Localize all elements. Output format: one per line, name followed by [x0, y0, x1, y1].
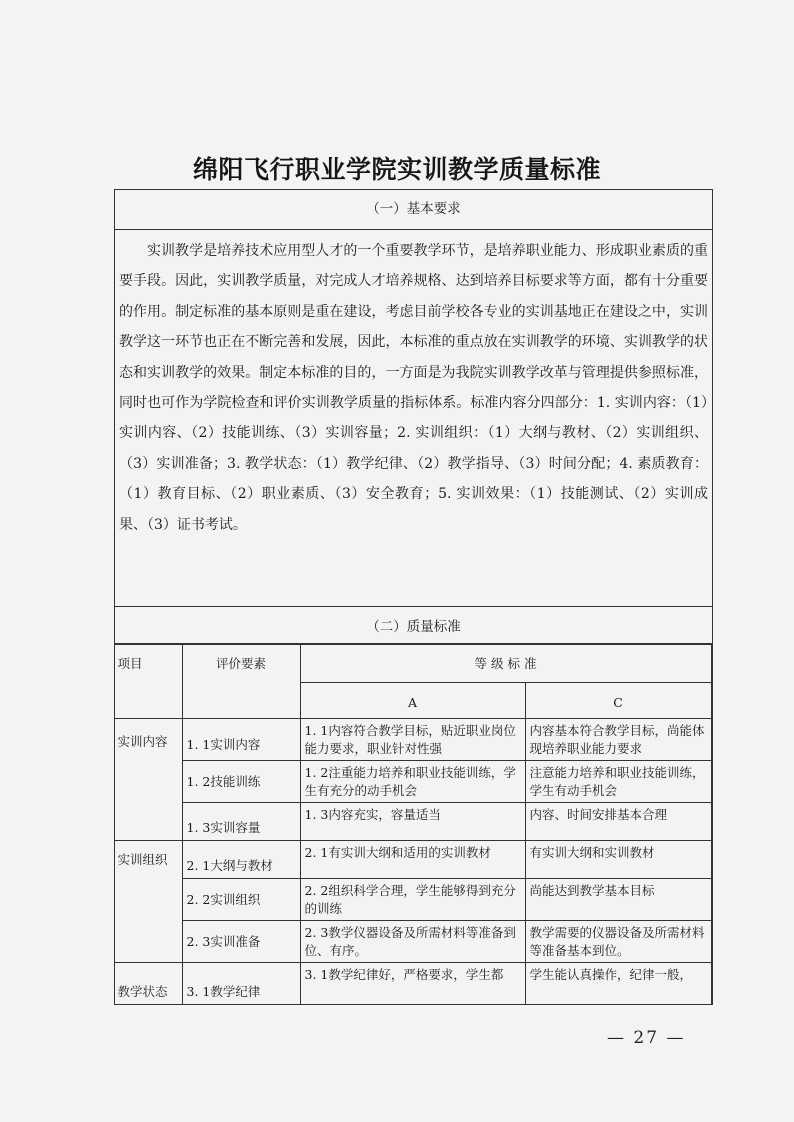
grade-a-cell: 2. 1有实训大纲和适用的实训教材 — [300, 841, 525, 879]
page-title: 绵阳飞行职业学院实训教学质量标准 — [0, 150, 794, 186]
grade-a-cell: 2. 2组织科学合理，学生能够得到充分的训练 — [300, 879, 525, 921]
table-header-row: 项目 评价要素 等 级 标 准 — [114, 645, 711, 683]
table-row: 1. 3实训容量 1. 3内容充实，容量适当 内容、时间安排基本合理 — [114, 803, 711, 841]
header-grade-c: C — [525, 683, 711, 719]
header-grade-standard: 等 级 标 准 — [300, 645, 711, 683]
element-cell: 2. 2实训组织 — [182, 879, 300, 921]
intro-paragraph: 实训教学是培养技术应用型人才的一个重要教学环节，是培养职业能力、形成职业素质的重… — [115, 230, 712, 607]
section-heading-basic-requirements: （一）基本要求 — [115, 190, 712, 230]
table-row: 实训内容 1. 1实训内容 1. 1内容符合教学目标，贴近职业岗位能力要求，职业… — [114, 719, 711, 761]
section-heading-quality-standards: （二）质量标准 — [115, 607, 712, 644]
project-cell: 实训内容 — [114, 719, 182, 841]
grade-a-cell: 2. 3教学仪器设备及所需材料等准备到位、有序。 — [300, 921, 525, 963]
table-row: 2. 3实训准备 2. 3教学仪器设备及所需材料等准备到位、有序。 教学需要的仪… — [114, 921, 711, 963]
grade-a-cell: 1. 1内容符合教学目标，贴近职业岗位能力要求，职业针对性强 — [300, 719, 525, 761]
element-cell: 2. 1大纲与教材 — [182, 841, 300, 879]
page-number: — 27 — — [607, 1028, 685, 1048]
project-cell: 实训组织 — [114, 841, 182, 963]
project-cell: 教学状态 — [114, 963, 182, 1005]
table-row: 教学状态 3. 1教学纪律 3. 1教学纪律好，严格要求，学生都 学生能认真操作… — [114, 963, 711, 1005]
element-cell: 2. 3实训准备 — [182, 921, 300, 963]
grade-c-cell: 尚能达到教学基本目标 — [525, 879, 711, 921]
grade-c-cell: 注意能力培养和职业技能训练，学生有动手机会 — [525, 761, 711, 803]
grade-c-cell: 有实训大纲和实训教材 — [525, 841, 711, 879]
header-grade-a: A — [300, 683, 525, 719]
standards-frame: （一）基本要求 实训教学是培养技术应用型人才的一个重要教学环节，是培养职业能力、… — [114, 189, 713, 1005]
element-cell: 3. 1教学纪律 — [182, 963, 300, 1005]
grade-c-cell: 内容基本符合教学目标，尚能体现培养职业能力要求 — [525, 719, 711, 761]
quality-standards-table: 项目 评价要素 等 级 标 准 A C 实训内容 1. 1实训内容 1. 1内容… — [114, 644, 712, 1005]
grade-a-cell: 3. 1教学纪律好，严格要求，学生都 — [300, 963, 525, 1005]
grade-c-cell: 教学需要的仪器设备及所需材料等准备基本到位。 — [525, 921, 711, 963]
table-row: 实训组织 2. 1大纲与教材 2. 1有实训大纲和适用的实训教材 有实训大纲和实… — [114, 841, 711, 879]
grade-c-cell: 内容、时间安排基本合理 — [525, 803, 711, 841]
element-cell: 1. 1实训内容 — [182, 719, 300, 761]
table-row: 2. 2实训组织 2. 2组织科学合理，学生能够得到充分的训练 尚能达到教学基本… — [114, 879, 711, 921]
grade-c-cell: 学生能认真操作，纪律一般， — [525, 963, 711, 1005]
grade-a-cell: 1. 3内容充实，容量适当 — [300, 803, 525, 841]
grade-a-cell: 1. 2注重能力培养和职业技能训练，学生有充分的动手机会 — [300, 761, 525, 803]
element-cell: 1. 3实训容量 — [182, 803, 300, 841]
element-cell: 1. 2技能训练 — [182, 761, 300, 803]
header-project: 项目 — [114, 645, 182, 719]
table-row: 1. 2技能训练 1. 2注重能力培养和职业技能训练，学生有充分的动手机会 注意… — [114, 761, 711, 803]
header-element: 评价要素 — [182, 645, 300, 719]
